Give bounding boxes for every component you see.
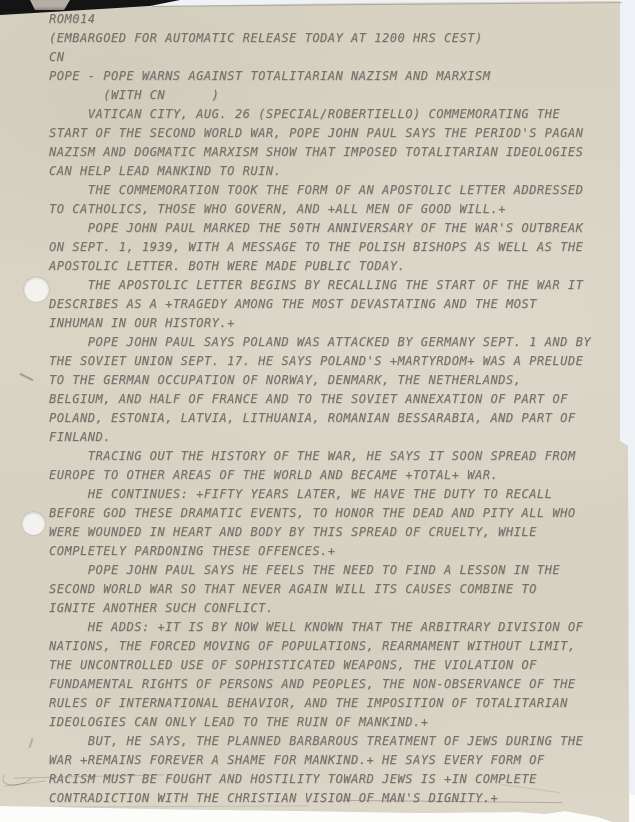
document-line: THE UNCONTROLLED USE OF SOPHISTICATED WE… xyxy=(49,656,609,675)
document-line: IGNITE ANOTHER SUCH CONFLICT. xyxy=(49,599,609,618)
document-line: CN xyxy=(49,48,609,67)
document-line: COMPLETELY PARDONING THESE OFFENCES.+ xyxy=(49,542,609,561)
document-line: EUROPE TO OTHER AREAS OF THE WORLD AND B… xyxy=(49,466,609,485)
document-line: INHUMAN IN OUR HISTORY.+ xyxy=(49,314,609,333)
document-line: TO CATHOLICS, THOSE WHO GOVERN, AND +ALL… xyxy=(49,200,609,219)
document-line: FINLAND. xyxy=(49,428,609,447)
document-line: NATIONS, THE FORCED MOVING OF POPULATION… xyxy=(49,637,609,656)
document-line: POPE JOHN PAUL MARKED THE 50TH ANNIVERSA… xyxy=(49,219,609,238)
document-line: WAR +REMAINS FOREVER A SHAME FOR MANKIND… xyxy=(49,751,609,770)
document-line: WERE WOUNDED IN HEART AND BODY BY THIS S… xyxy=(49,523,609,542)
document-line: SECOND WORLD WAR SO THAT NEVER AGAIN WIL… xyxy=(49,580,609,599)
document-line: FUNDAMENTAL RIGHTS OF PERSONS AND PEOPLE… xyxy=(49,675,609,694)
hole-punch-top xyxy=(24,277,49,302)
paper-sheet: ROM014(EMBARGOED FOR AUTOMATIC RELEASE T… xyxy=(0,0,635,822)
document-line: DESCRIBES AS A +TRAGEDY AMONG THE MOST D… xyxy=(49,295,609,314)
pencil-check-mark xyxy=(19,373,33,382)
document-line: VATICAN CITY, AUG. 26 (SPECIAL/ROBERTIEL… xyxy=(49,105,609,124)
document-line: THE COMMEMORATION TOOK THE FORM OF AN AP… xyxy=(49,181,609,200)
scanned-document: ROM014(EMBARGOED FOR AUTOMATIC RELEASE T… xyxy=(0,0,635,822)
document-line: (EMBARGOED FOR AUTOMATIC RELEASE TODAY A… xyxy=(49,29,609,48)
pencil-tick-mark xyxy=(29,738,34,748)
document-line: ROM014 xyxy=(49,10,609,29)
hole-punch-bottom xyxy=(22,512,45,535)
document-line: TO THE GERMAN OCCUPATION OF NORWAY, DENM… xyxy=(49,371,609,390)
document-line: THE APOSTOLIC LETTER BEGINS BY RECALLING… xyxy=(49,276,609,295)
document-line: HE ADDS: +IT IS BY NOW WELL KNOWN THAT T… xyxy=(49,618,609,637)
document-line: BELGIUM, AND HALF OF FRANCE AND TO THE S… xyxy=(49,390,609,409)
document-line: ON SEPT. 1, 1939, WITH A MESSAGE TO THE … xyxy=(49,238,609,257)
document-line: IDEOLOGIES CAN ONLY LEAD TO THE RUIN OF … xyxy=(49,713,609,732)
document-line: POLAND, ESTONIA, LATVIA, LITHUANIA, ROMA… xyxy=(49,409,609,428)
document-line: HE CONTINUES: +FIFTY YEARS LATER, WE HAV… xyxy=(49,485,609,504)
document-line: START OF THE SECOND WORLD WAR, POPE JOHN… xyxy=(49,124,609,143)
document-line: POPE - POPE WARNS AGAINST TOTALITARIAN N… xyxy=(49,67,609,86)
document-line: BEFORE GOD THESE DRAMATIC EVENTS, TO HON… xyxy=(49,504,609,523)
document-line: POPE JOHN PAUL SAYS HE FEELS THE NEED TO… xyxy=(49,561,609,580)
document-line: APOSTOLIC LETTER. BOTH WERE MADE PUBLIC … xyxy=(49,257,609,276)
document-line: BUT, HE SAYS, THE PLANNED BARBAROUS TREA… xyxy=(49,732,609,751)
document-line: RACISM MUST BE FOUGHT AND HOSTILITY TOWA… xyxy=(49,770,609,789)
page-text: ROM014(EMBARGOED FOR AUTOMATIC RELEASE T… xyxy=(49,10,609,808)
document-line: POPE JOHN PAUL SAYS POLAND WAS ATTACKED … xyxy=(49,333,609,352)
document-line: CAN HELP LEAD MANKIND TO RUIN. xyxy=(49,162,609,181)
document-line: THE SOVIET UNION SEPT. 17. HE SAYS POLAN… xyxy=(49,352,609,371)
document-line: NAZISM AND DOGMATIC MARXISM SHOW THAT IM… xyxy=(49,143,609,162)
document-line: CONTRADICTION WITH THE CHRISTIAN VISION … xyxy=(49,789,609,808)
document-line: TRACING OUT THE HISTORY OF THE WAR, HE S… xyxy=(49,447,609,466)
document-line: RULES OF INTERNATIONAL BEHAVIOR, AND THE… xyxy=(49,694,609,713)
document-line: (WITH CN ) xyxy=(49,86,609,105)
